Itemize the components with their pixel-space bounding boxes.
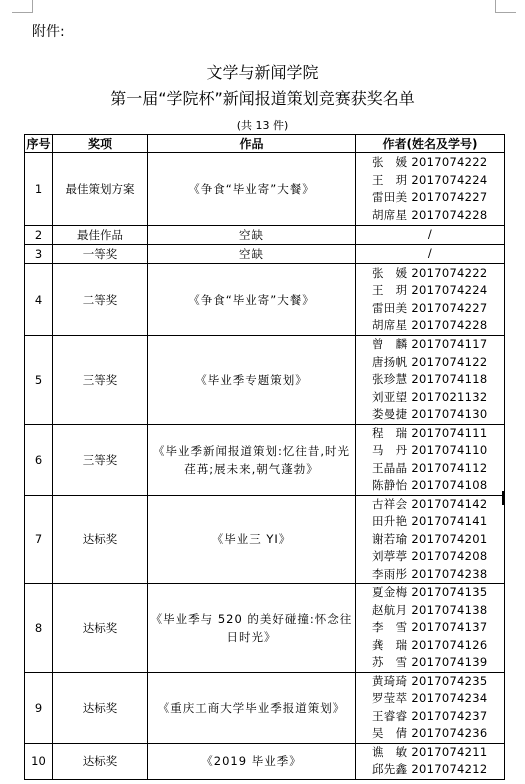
table-row: 2最佳作品空缺/ (25, 226, 505, 245)
header-authors: 作者(姓名及学号) (356, 135, 505, 153)
cell-no: 2 (25, 226, 53, 245)
table-header-row: 序号 奖项 作品 作者(姓名及学号) (25, 135, 505, 153)
cell-work: 空缺 (148, 245, 356, 264)
cell-authors: 古祥会 2017074142田升艳 2017074141谢若瑜 20170742… (356, 495, 505, 584)
author-entry: 邱先鑫 2017074212 (372, 761, 504, 779)
title-college: 文学与新闻学院 (0, 60, 525, 83)
author-entry: 张 媛 2017074222 (372, 154, 504, 172)
author-entry: / (356, 245, 504, 263)
author-entry: 赵航月 2017074138 (372, 602, 504, 620)
cell-work: 《2019 毕业季》 (148, 743, 356, 779)
author-entry: 马 丹 2017074110 (372, 442, 504, 460)
author-entry: 张珍慧 2017074118 (372, 371, 504, 389)
table-row: 6三等奖《毕业季新闻报道策划:忆往昔,时光荏苒;展未来,朝气蓬勃》程 瑞 201… (25, 424, 505, 495)
author-entry: 唐扬帆 2017074122 (372, 354, 504, 372)
table-row: 1最佳策划方案《争食“毕业寄”大餐》张 媛 2017074222王 玥 2017… (25, 153, 505, 226)
header-award: 奖项 (53, 135, 148, 153)
author-entry: 罗莹萃 2017074234 (372, 690, 504, 708)
author-entry: 夏金梅 2017074135 (372, 584, 504, 602)
cell-authors: / (356, 226, 505, 245)
cell-authors: 黄琦琦 2017074235罗莹萃 2017074234王睿睿 20170742… (356, 672, 505, 743)
cell-authors: 程 瑞 2017074111马 丹 2017074110王晶晶 20170741… (356, 424, 505, 495)
cell-work: 《毕业季与 520 的美好碰撞:怀念往日时光》 (148, 584, 356, 673)
author-entry: 曾 麟 2017074117 (372, 336, 504, 354)
cell-no: 6 (25, 424, 53, 495)
author-entry: 龚 瑞 2017074126 (372, 637, 504, 655)
cell-authors: 张 媛 2017074222王 玥 2017074224雷田美 20170742… (356, 264, 505, 336)
cell-no: 1 (25, 153, 53, 226)
cell-no: 3 (25, 245, 53, 264)
table-row: 7达标奖《毕业三 YI》古祥会 2017074142田升艳 2017074141… (25, 495, 505, 584)
cell-work: 《争食“毕业寄”大餐》 (148, 264, 356, 336)
cell-no: 8 (25, 584, 53, 673)
cell-award: 达标奖 (53, 495, 148, 584)
cell-authors: 张 媛 2017074222王 玥 2017074224雷田美 20170742… (356, 153, 505, 226)
author-entry: 刘葶葶 2017074208 (372, 548, 504, 566)
author-entry: 陈静怡 2017074108 (372, 477, 504, 495)
table-row: 8达标奖《毕业季与 520 的美好碰撞:怀念往日时光》夏金梅 201707413… (25, 584, 505, 673)
cell-no: 5 (25, 336, 53, 425)
cell-no: 4 (25, 264, 53, 336)
cell-award: 最佳策划方案 (53, 153, 148, 226)
author-entry: 胡席星 2017074228 (372, 317, 504, 335)
attachment-label: 附件: (32, 21, 65, 41)
author-entry: 田升艳 2017074141 (372, 513, 504, 531)
author-entry: 张 媛 2017074222 (372, 265, 504, 283)
cell-award: 一等奖 (53, 245, 148, 264)
cell-award: 达标奖 (53, 584, 148, 673)
cell-award: 三等奖 (53, 336, 148, 425)
cell-work: 《毕业三 YI》 (148, 495, 356, 584)
author-entry: 娄曼捷 2017074130 (372, 406, 504, 424)
cell-work: 《毕业季新闻报道策划:忆往昔,时光荏苒;展未来,朝气蓬勃》 (148, 424, 356, 495)
table-row: 5三等奖《毕业季专题策划》曾 麟 2017074117唐扬帆 201707412… (25, 336, 505, 425)
author-entry: 王晶晶 2017074112 (372, 460, 504, 478)
cell-authors: 夏金梅 2017074135赵航月 2017074138李 雪 20170741… (356, 584, 505, 673)
header-no: 序号 (25, 135, 53, 153)
title-award-list: 第一届“学院杯”新闻报道策划竞赛获奖名单 (0, 86, 525, 109)
cell-authors: 谯 敏 2017074211邱先鑫 2017074212 (356, 743, 505, 779)
author-entry: 王 玥 2017074224 (372, 172, 504, 190)
cell-no: 7 (25, 495, 53, 584)
author-entry: 雷田美 2017074227 (372, 300, 504, 318)
author-entry: 吴 倩 2017074236 (372, 725, 504, 743)
awards-table: 序号 奖项 作品 作者(姓名及学号) 1最佳策划方案《争食“毕业寄”大餐》张 媛… (24, 134, 505, 780)
count-text: (共 13 件) (0, 117, 525, 133)
author-entry: 王睿睿 2017074237 (372, 708, 504, 726)
author-entry: 谯 敏 2017074211 (372, 744, 504, 762)
table-row: 10达标奖《2019 毕业季》谯 敏 2017074211邱先鑫 2017074… (25, 743, 505, 779)
author-entry: 刘亚望 2017021132 (372, 389, 504, 407)
author-entry: 黄琦琦 2017074235 (372, 673, 504, 691)
cell-no: 9 (25, 672, 53, 743)
author-entry: 雷田美 2017074227 (372, 189, 504, 207)
author-entry: 李雨彤 2017074238 (372, 566, 504, 584)
page-corner-mark-right (495, 0, 516, 13)
cell-work: 《争食“毕业寄”大餐》 (148, 153, 356, 226)
author-entry: / (356, 226, 504, 244)
cell-award: 二等奖 (53, 264, 148, 336)
cell-no: 10 (25, 743, 53, 779)
cell-award: 最佳作品 (53, 226, 148, 245)
author-entry: 胡席星 2017074228 (372, 207, 504, 225)
cell-work: 《重庆工商大学毕业季报道策划》 (148, 672, 356, 743)
page-corner-mark-left (12, 0, 33, 13)
author-entry: 苏 雪 2017074139 (372, 654, 504, 672)
author-entry: 李 雪 2017074137 (372, 619, 504, 637)
author-entry: 古祥会 2017074142 (372, 496, 504, 514)
cell-award: 三等奖 (53, 424, 148, 495)
author-entry: 谢若瑜 2017074201 (372, 531, 504, 549)
author-entry: 王 玥 2017074224 (372, 282, 504, 300)
cell-authors: / (356, 245, 505, 264)
table-row: 4二等奖《争食“毕业寄”大餐》张 媛 2017074222王 玥 2017074… (25, 264, 505, 336)
cell-work: 《毕业季专题策划》 (148, 336, 356, 425)
header-work: 作品 (148, 135, 356, 153)
cell-award: 达标奖 (53, 743, 148, 779)
cell-award: 达标奖 (53, 672, 148, 743)
table-row: 9达标奖《重庆工商大学毕业季报道策划》黄琦琦 2017074235罗莹萃 201… (25, 672, 505, 743)
cell-work: 空缺 (148, 226, 356, 245)
author-entry: 程 瑞 2017074111 (372, 425, 504, 443)
cell-authors: 曾 麟 2017074117唐扬帆 2017074122张珍慧 20170741… (356, 336, 505, 425)
table-row: 3一等奖空缺/ (25, 245, 505, 264)
text-cursor-mark (502, 491, 505, 505)
